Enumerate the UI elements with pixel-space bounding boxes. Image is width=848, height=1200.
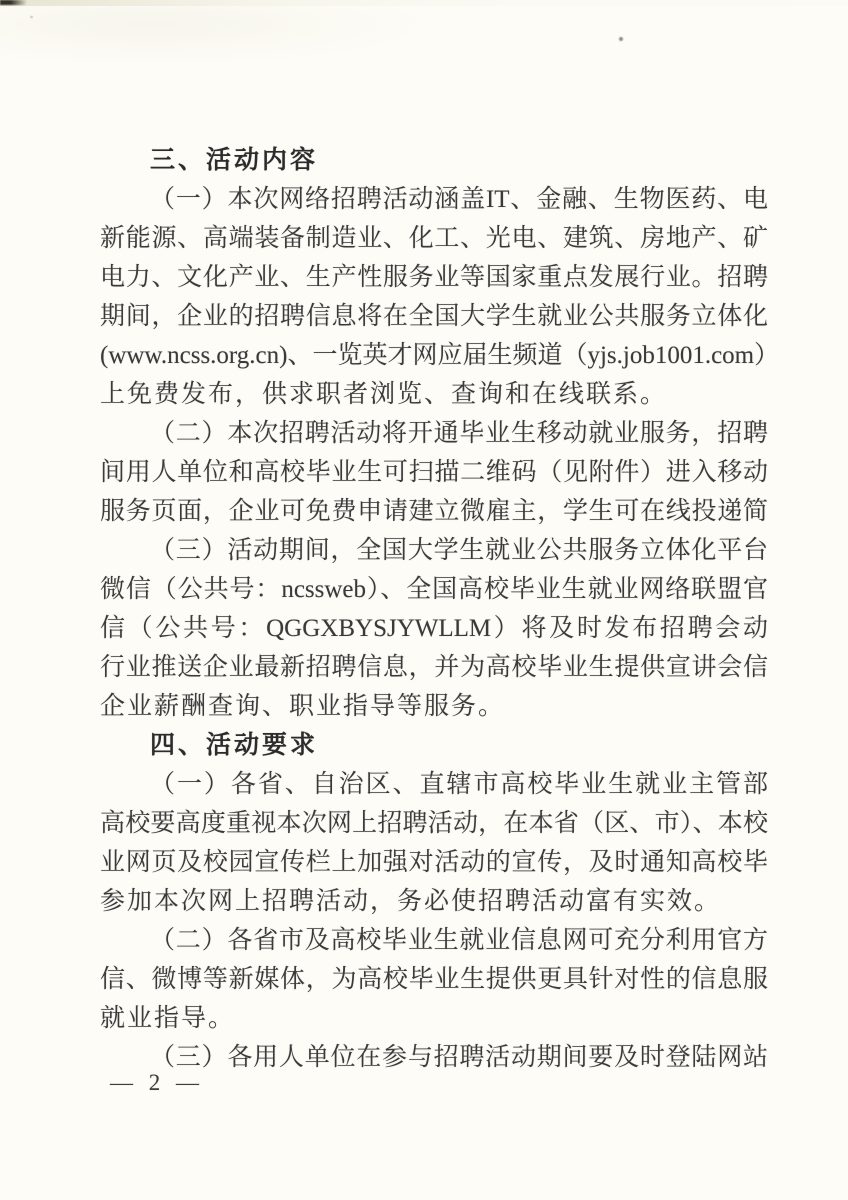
text-line: （二）各省市及高校毕业生就业信息网可充分利用官方微 (100, 921, 768, 960)
text-line: 上免费发布，供求职者浏览、查询和在线联系。 (100, 375, 768, 414)
section-heading: 三、活动内容 (100, 141, 768, 180)
scan-speck (30, 16, 33, 18)
text-line: 高校要高度重视本次网上招聘活动，在本省（区、市）、本校就 (100, 804, 768, 843)
text-line: 企业薪酬查询、职业指导等服务。 (100, 687, 768, 726)
document-body: 三、活动内容（一）本次网络招聘活动涵盖IT、金融、生物医药、电子、新能源、高端装… (100, 141, 768, 1077)
text-line: 就业指导。 (100, 999, 768, 1038)
text-line: 新能源、高端装备制造业、化工、光电、建筑、房地产、矿业、 (100, 219, 768, 258)
section-heading: 四、活动要求 (100, 726, 768, 765)
text-line: （一）各省、自治区、直辖市高校毕业生就业主管部门、各 (100, 765, 768, 804)
text-line: (www.ncss.org.cn)、一览英才网应届生频道（yjs.job1001… (100, 336, 768, 375)
text-line: 业网页及校园宣传栏上加强对活动的宣传，及时通知高校毕业生 (100, 843, 768, 882)
scan-edge-tint (0, 0, 848, 6)
text-line: 间用人单位和高校毕业生可扫描二维码（见附件）进入移动就业 (100, 453, 768, 492)
text-line: 电力、文化产业、生产性服务业等国家重点发展行业。招聘活动 (100, 258, 768, 297)
text-line: 信、微博等新媒体，为高校毕业生提供更具针对性的信息服务和 (100, 960, 768, 999)
text-line: （一）本次网络招聘活动涵盖IT、金融、生物医药、电子、 (100, 180, 768, 219)
text-line: （二）本次招聘活动将开通毕业生移动就业服务，招聘会期 (100, 414, 768, 453)
text-line: 行业推送企业最新招聘信息，并为高校毕业生提供宣讲会信息、 (100, 648, 768, 687)
scan-speck (619, 37, 623, 41)
scan-corner-smudge (0, 0, 27, 5)
text-line: （三）活动期间，全国大学生就业公共服务立体化平台官方 (100, 531, 768, 570)
text-line: 服务页面，企业可免费申请建立微雇主，学生可在线投递简历。 (100, 492, 768, 531)
text-line: 参加本次网上招聘活动，务必使招聘活动富有实效。 (100, 882, 768, 921)
page-number: — 2 — (110, 1068, 204, 1098)
text-line: 期间，企业的招聘信息将在全国大学生就业公共服务立体化平台 (100, 297, 768, 336)
text-line: 微信（公共号：ncssweb）、全国高校毕业生就业网络联盟官方微 (100, 570, 768, 609)
text-line: 信（公共号：QGGXBYSJYWLLM）将及时发布招聘会动态，分 (100, 609, 768, 648)
document-page: 三、活动内容（一）本次网络招聘活动涵盖IT、金融、生物医药、电子、新能源、高端装… (0, 0, 848, 1200)
